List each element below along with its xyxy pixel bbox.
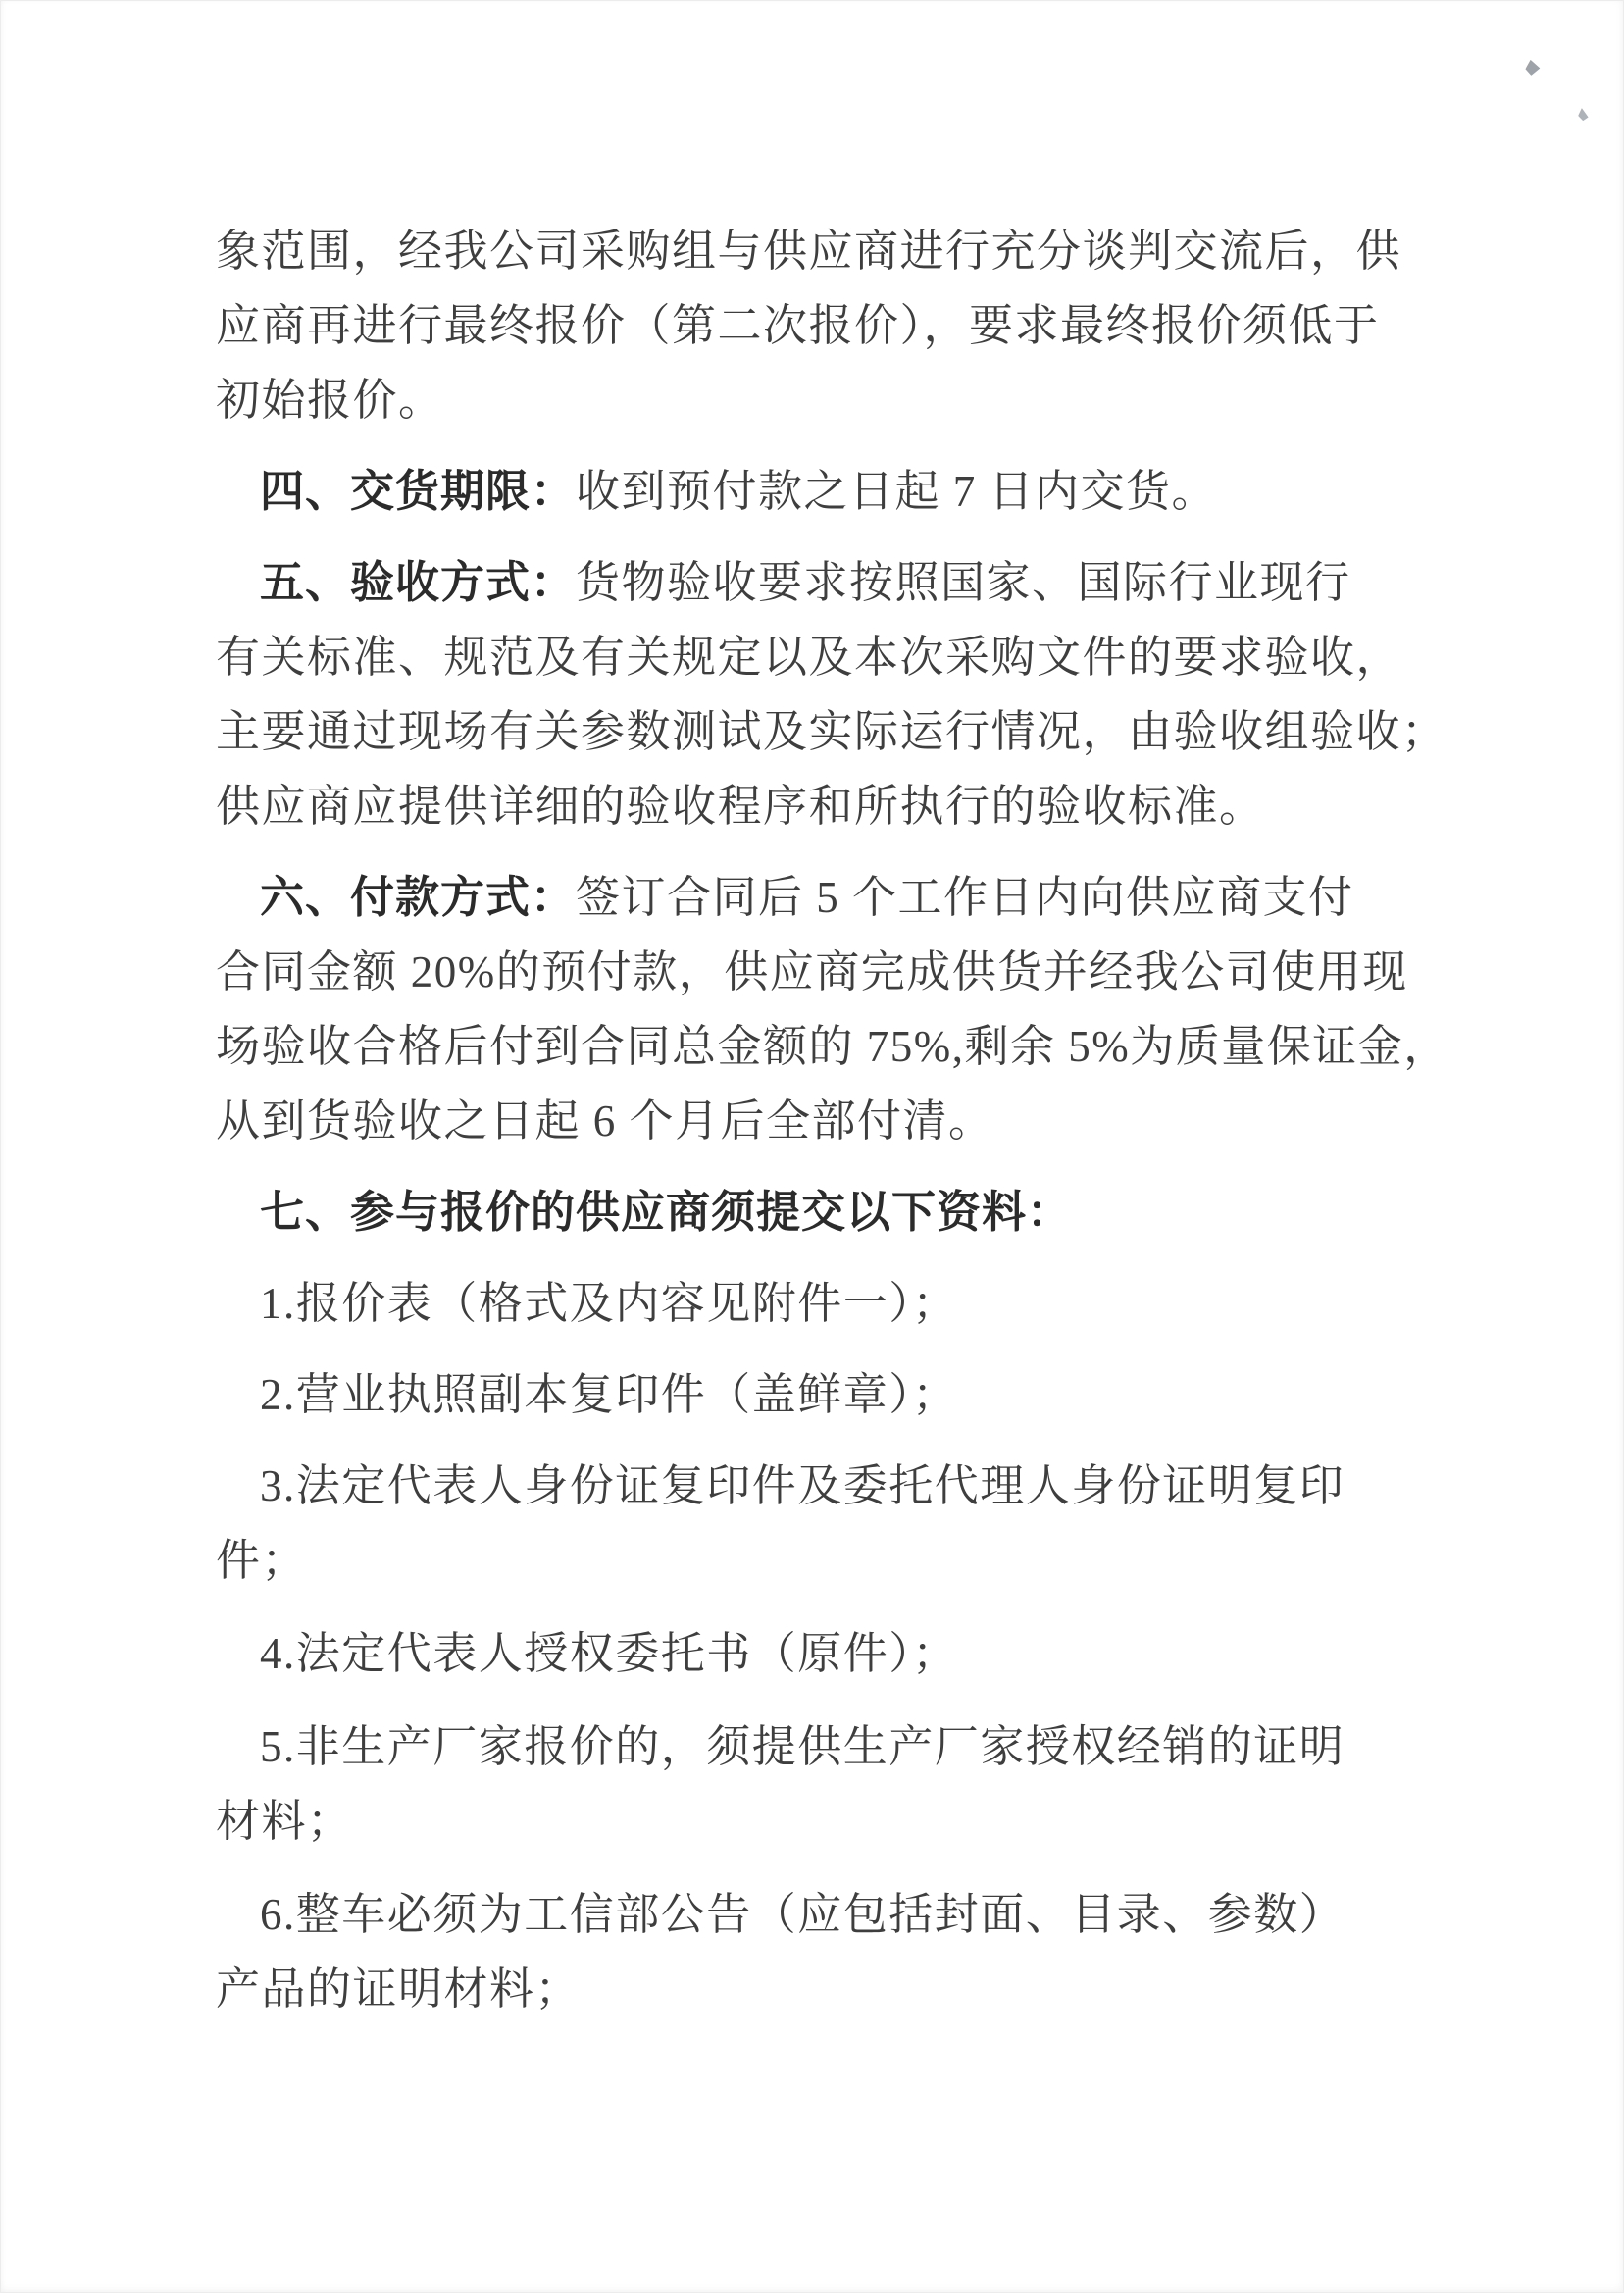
document-line: 象范围，经我公司采购组与供应商进行充分谈判交流后，供 [216, 226, 1401, 277]
document-line: 五、验收方式：货物验收要求按照国家、国际行业现行 [260, 557, 1351, 608]
line-text: 4.法定代表人授权委托书（原件）； [260, 1629, 958, 1678]
section-6-heading: 六、付款方式： [260, 872, 576, 922]
document-line: 有关标准、规范及有关规定以及本次采购文件的要求验收， [216, 632, 1401, 683]
line-text: 应商再进行最终报价（第二次报价），要求最终报价须低于 [216, 301, 1380, 350]
line-text: 初始报价。 [216, 376, 444, 425]
document-line: 3.法定代表人身份证复印件及委托代理人身份证明复印 [260, 1460, 1345, 1511]
document-line: 初始报价。 [216, 375, 444, 426]
document-line: 1.报价表（格式及内容见附件一）； [260, 1278, 958, 1329]
document-line: 六、付款方式：签订合同后 5 个工作日内向供应商支付 [260, 872, 1354, 923]
section-7-heading: 七、参与报价的供应商须提交以下资料： [260, 1187, 1072, 1237]
scan-artifact-speck [1524, 59, 1542, 77]
line-text: 2.营业执照副本复印件（盖鲜章）； [260, 1370, 958, 1419]
document-line: 从到货验收之日起 6 个月后全部付清。 [216, 1096, 994, 1146]
line-text: 6.整车必须为工信部公告（应包括封面、目录、参数） [260, 1890, 1345, 1939]
document-line: 应商再进行最终报价（第二次报价），要求最终报价须低于 [216, 300, 1380, 351]
line-text: 收到预付款之日起 7 日内交货。 [576, 467, 1217, 516]
section-5-heading: 五、验收方式： [260, 557, 576, 607]
line-text: 签订合同后 5 个工作日内向供应商支付 [576, 873, 1354, 922]
document-line: 6.整车必须为工信部公告（应包括封面、目录、参数） [260, 1889, 1345, 1940]
scan-artifact-speck [1577, 107, 1589, 122]
line-text: 有关标准、规范及有关规定以及本次采购文件的要求验收， [216, 633, 1401, 682]
line-text: 场验收合格后付到合同总金额的 75%,剩余 5%为质量保证金， [216, 1022, 1449, 1071]
document-line: 四、交货期限：收到预付款之日起 7 日内交货。 [260, 466, 1217, 517]
document-line: 4.法定代表人授权委托书（原件）； [260, 1628, 958, 1679]
document-line: 合同金额 20%的预付款，供应商完成供货并经我公司使用现 [216, 946, 1408, 997]
line-text: 主要通过现场有关参数测试及实际运行情况，由验收组验收； [216, 707, 1447, 756]
line-text: 5.非生产厂家报价的，须提供生产厂家授权经销的证明 [260, 1722, 1345, 1771]
line-text: 从到货验收之日起 6 个月后全部付清。 [216, 1096, 994, 1146]
line-text: 件； [216, 1536, 307, 1585]
line-text: 1.报价表（格式及内容见附件一）； [260, 1279, 958, 1328]
line-text: 供应商应提供详细的验收程序和所执行的验收标准。 [216, 782, 1265, 831]
document-line: 场验收合格后付到合同总金额的 75%,剩余 5%为质量保证金， [216, 1021, 1449, 1072]
document-line: 材料； [216, 1796, 353, 1847]
line-text: 货物验收要求按照国家、国际行业现行 [576, 558, 1351, 607]
document-line: 七、参与报价的供应商须提交以下资料： [260, 1187, 1072, 1238]
document-line: 供应商应提供详细的验收程序和所执行的验收标准。 [216, 781, 1265, 832]
document-line: 产品的证明材料； [216, 1963, 581, 2014]
document-line: 2.营业执照副本复印件（盖鲜章）； [260, 1369, 958, 1420]
line-text: 3.法定代表人身份证复印件及委托代理人身份证明复印 [260, 1461, 1345, 1510]
line-text: 象范围，经我公司采购组与供应商进行充分谈判交流后，供 [216, 227, 1401, 276]
document-page: 象范围，经我公司采购组与供应商进行充分谈判交流后，供 应商再进行最终报价（第二次… [0, 0, 1624, 2293]
line-text: 产品的证明材料； [216, 1964, 581, 2013]
section-4-heading: 四、交货期限： [260, 466, 576, 516]
document-line: 主要通过现场有关参数测试及实际运行情况，由验收组验收； [216, 706, 1447, 757]
line-text: 材料； [216, 1797, 353, 1846]
line-text: 合同金额 20%的预付款，供应商完成供货并经我公司使用现 [216, 947, 1408, 996]
document-line: 5.非生产厂家报价的，须提供生产厂家授权经销的证明 [260, 1721, 1345, 1772]
document-line: 件； [216, 1535, 307, 1586]
